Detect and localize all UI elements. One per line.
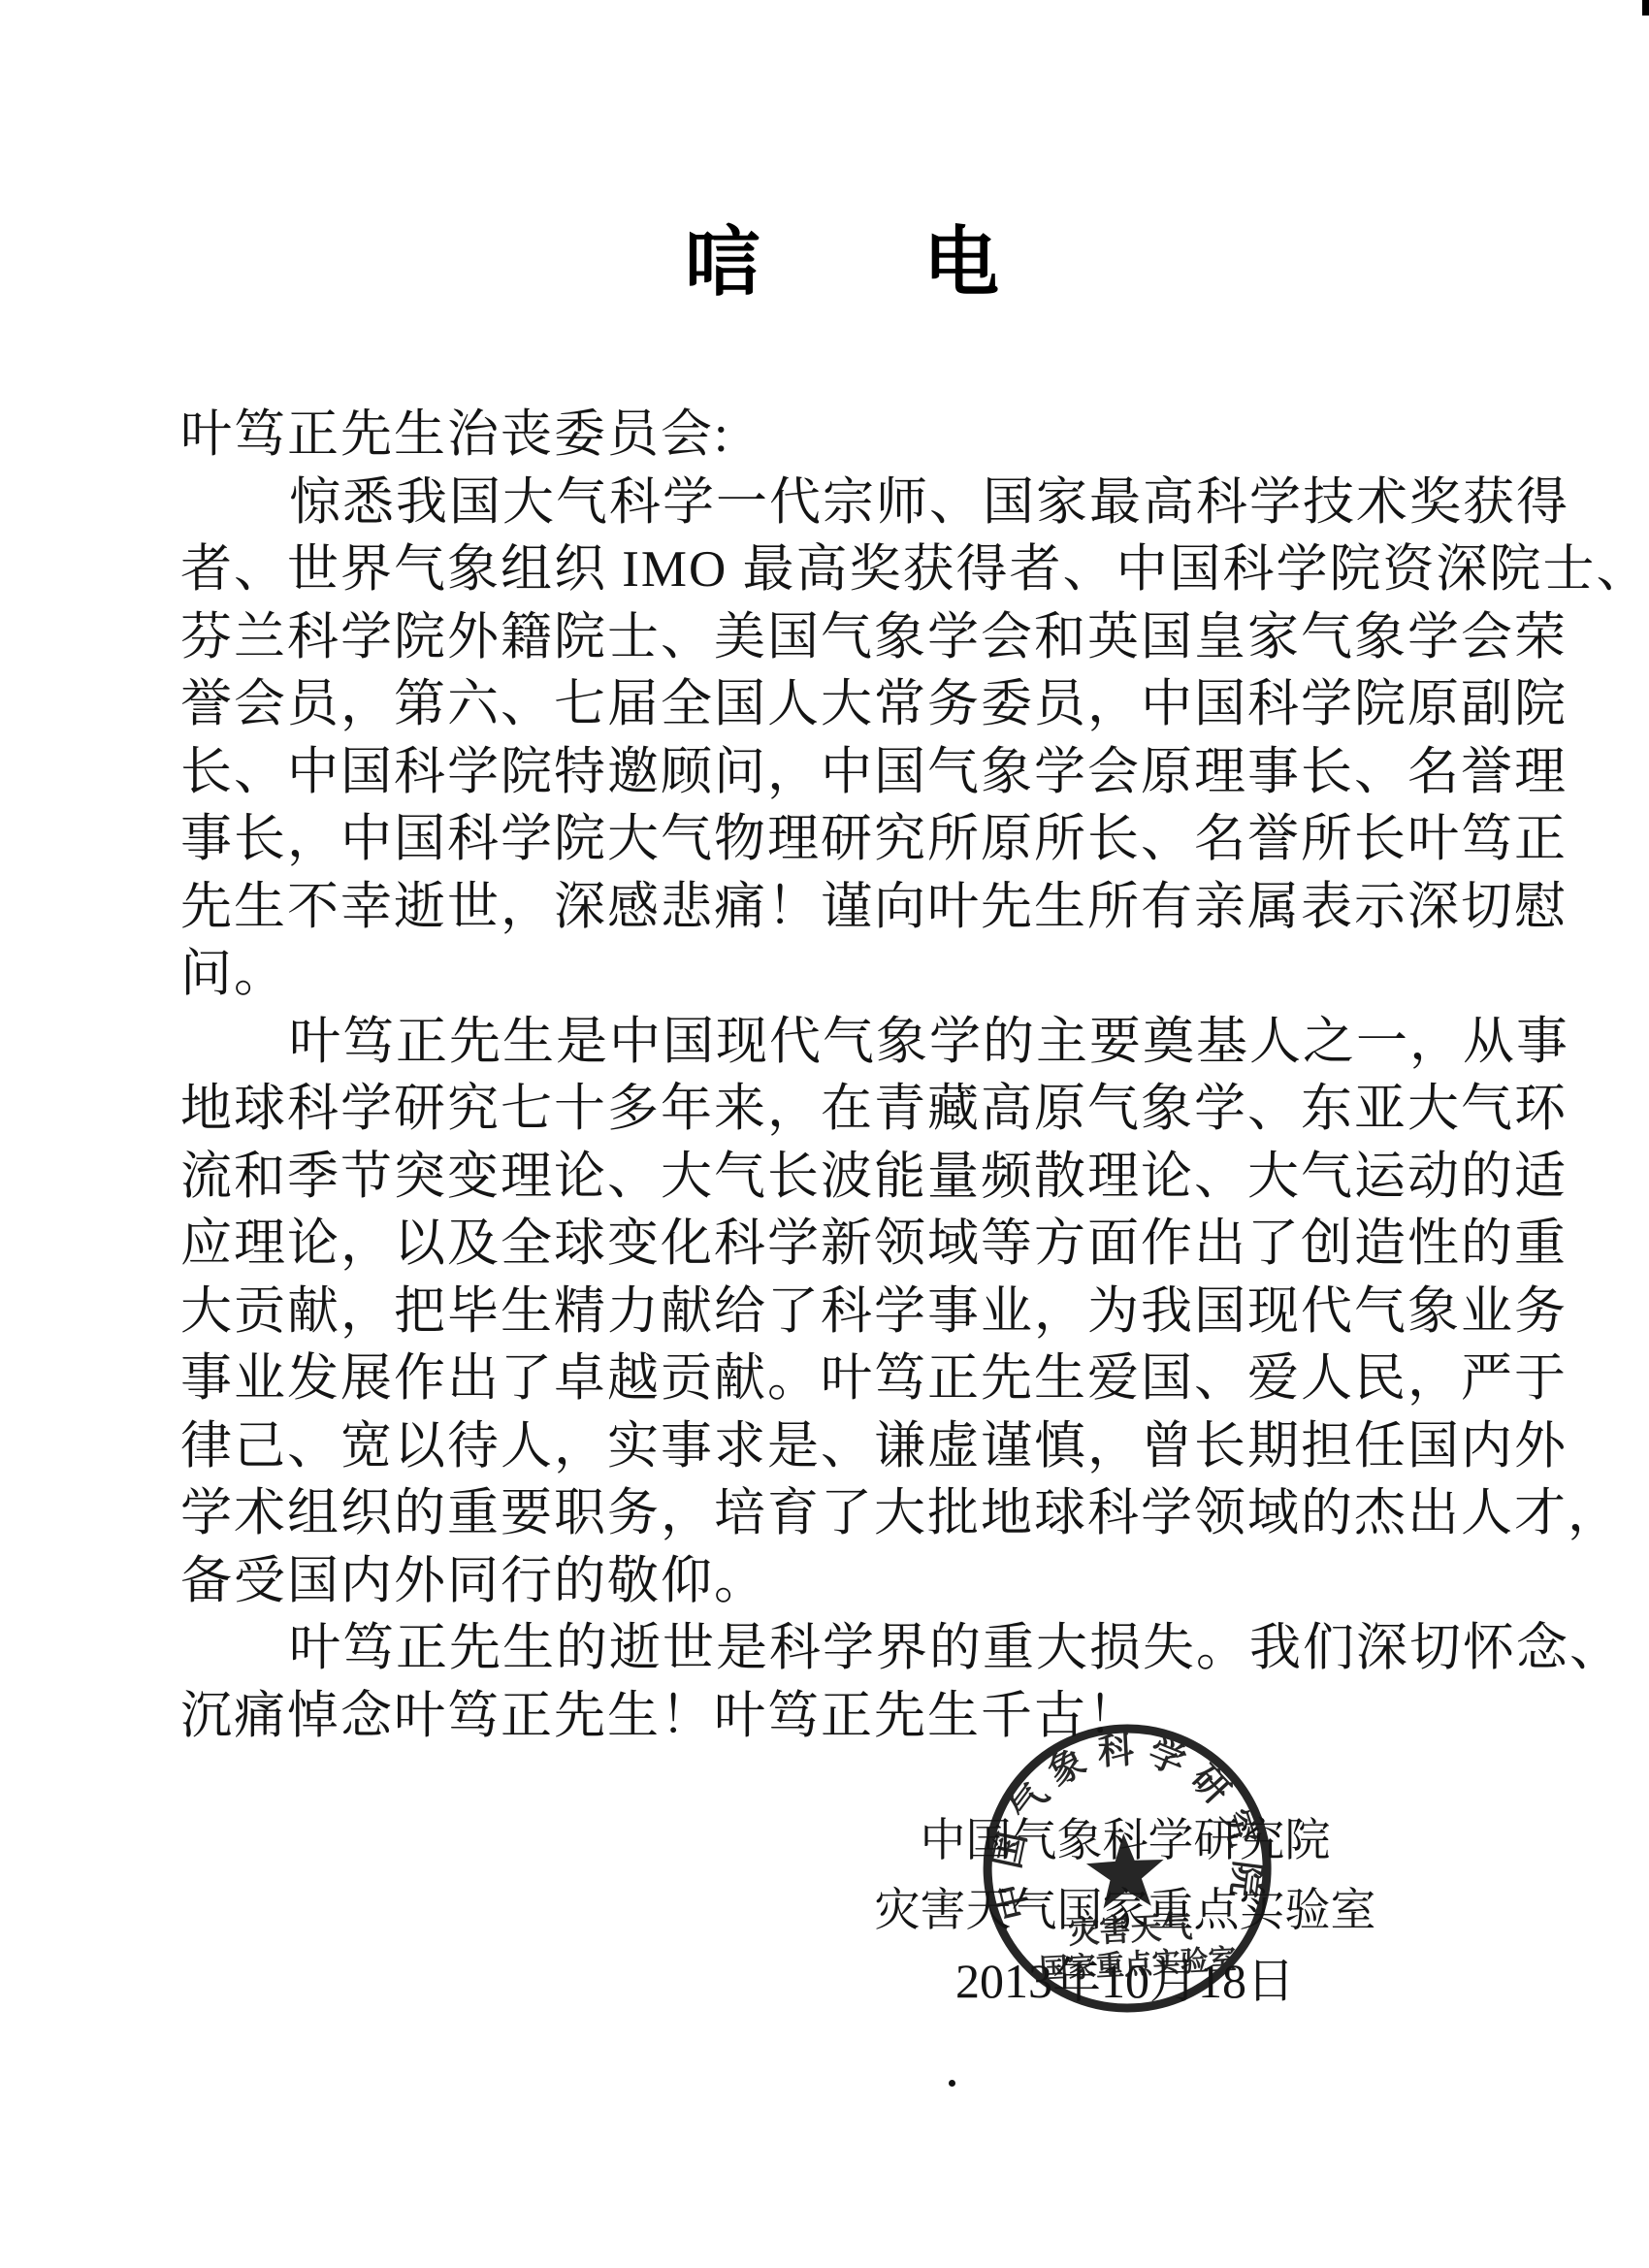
body-line: 誉会员，第六、七届全国人大常务委员，中国科学院原副院 [180, 671, 1509, 739]
body-line: 应理论，以及全球变化科学新领域等方面作出了创造性的重 [180, 1211, 1509, 1279]
body-line: 大贡献，把毕生精力献给了科学事业，为我国现代气象业务 [180, 1279, 1509, 1346]
body-line: 叶笃正先生的逝世是科学界的重大损失。我们深切怀念、 [180, 1615, 1509, 1683]
body-line: 长、中国科学院特邀顾问，中国气象学会原理事长、名誉理 [180, 739, 1509, 807]
body-line: 事长，中国科学院大气物理研究所原所长、名誉所长叶笃正 [180, 806, 1509, 874]
body-line: 叶笃正先生治丧委员会: [180, 402, 1509, 470]
body-line: 律己、宽以待人，实事求是、谦虚谨慎，曾长期担任国内外 [180, 1413, 1509, 1481]
body-line: 惊悉我国大气科学一代宗师、国家最高科学技术奖获得 [180, 470, 1509, 537]
body-line: 者、世界气象组织 IMO 最高奖获得者、中国科学院资深院士、 [180, 536, 1509, 604]
body-line: 地球科学研究七十多年来，在青藏高原气象学、东亚大气环 [180, 1076, 1509, 1144]
body-line: 流和季节突变理论、大气长波能量频散理论、大气运动的适 [180, 1144, 1509, 1212]
body-line: 叶笃正先生是中国现代气象学的主要奠基人之一，从事 [180, 1009, 1509, 1077]
body-line: 芬兰科学院外籍院士、美国气象学会和英国皇家气象学会荣 [180, 604, 1509, 672]
official-seal: 中国气象科学研究院 灾害天气 国家重点实验室 [970, 1709, 1284, 2024]
body-line: 沉痛悼念叶笃正先生！叶笃正先生千古！ [180, 1683, 1509, 1751]
document-title: 唁 电 [19, 202, 1649, 310]
stray-ink-dot [949, 2080, 955, 2087]
body-line: 备受国内外同行的敬仰。 [180, 1548, 1509, 1616]
body-line: 学术组织的重要职务，培育了大批地球科学领域的杰出人才， [180, 1480, 1509, 1548]
seal-star-icon [1084, 1831, 1166, 1909]
seal-text-line1: 灾害天气 [1068, 1909, 1194, 1951]
body-line: 问。 [180, 941, 1509, 1009]
body-line: 事业发展作出了卓越贡献。叶笃正先生爱国、爱人民，严于 [180, 1345, 1509, 1413]
body-line: 先生不幸逝世，深感悲痛！谨向叶先生所有亲属表示深切慰 [180, 874, 1509, 942]
condolence-telegram-document: 唁 电 叶笃正先生治丧委员会:惊悉我国大气科学一代宗师、国家最高科学技术奖获得者… [0, 0, 1649, 2268]
scan-edge-artifact [1642, 0, 1649, 16]
document-body: 叶笃正先生治丧委员会:惊悉我国大气科学一代宗师、国家最高科学技术奖获得者、世界气… [180, 402, 1509, 1750]
seal-arc-text: 中国气象科学研究院 [980, 1724, 1271, 1925]
